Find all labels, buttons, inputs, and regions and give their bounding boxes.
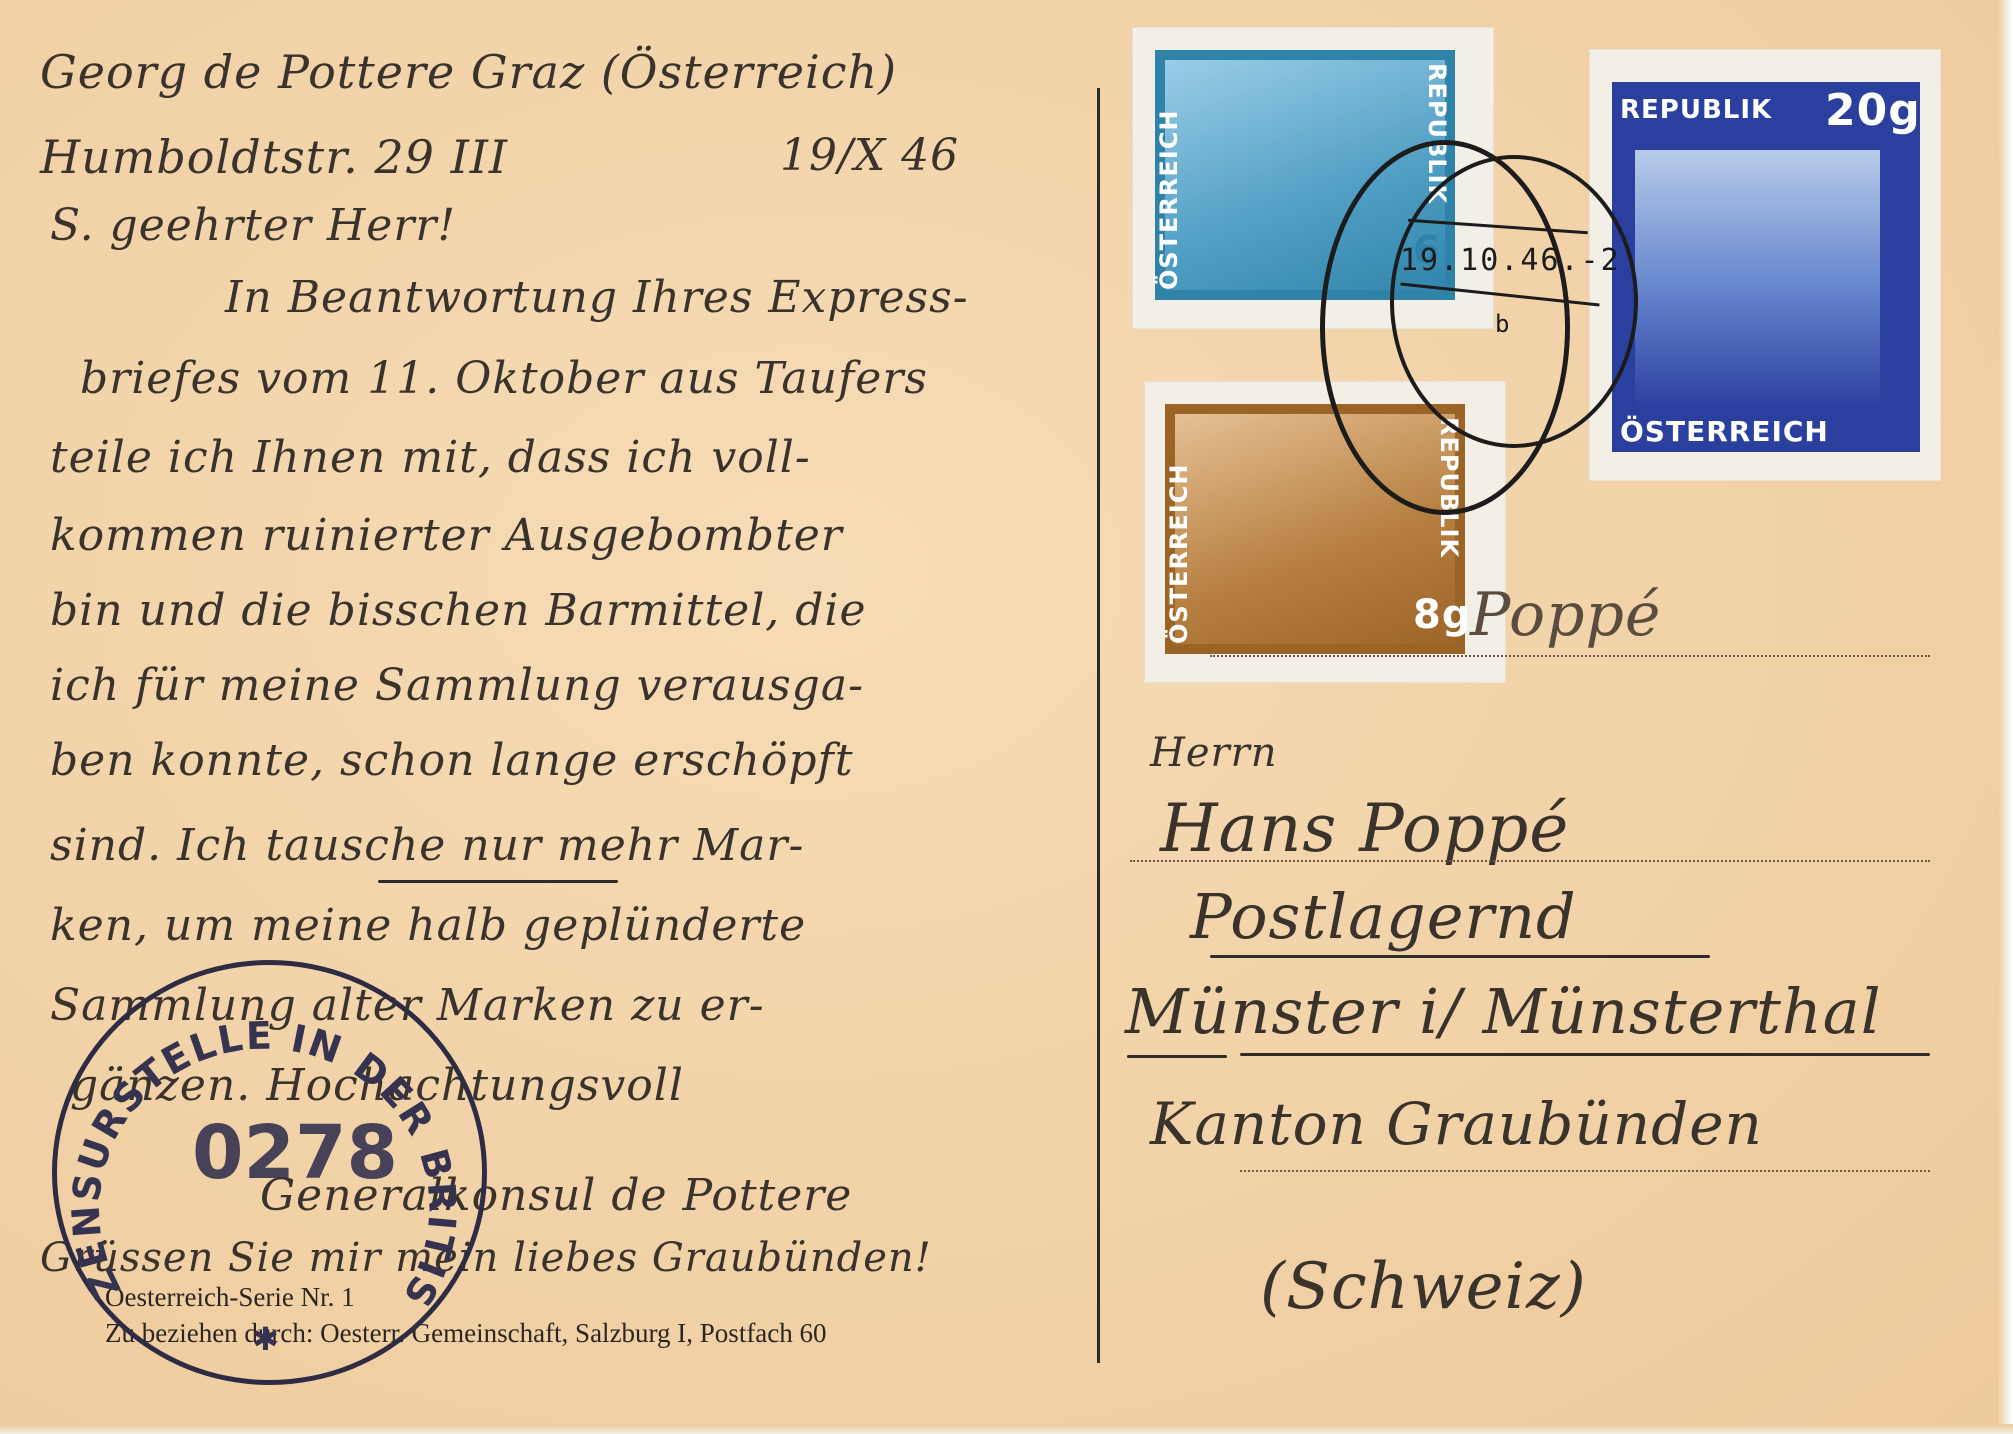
recipient-overwritten: Poppé (1470, 580, 1661, 650)
recipient-salutation: Herrn (1150, 730, 1278, 776)
address-dotted-line (1210, 655, 1930, 657)
underline (1127, 1055, 1227, 1058)
stamp-label: REPUBLIK (1620, 95, 1772, 125)
letter-line: In Beantwortung Ihres Express- (225, 272, 969, 323)
letter-line: teile ich Ihnen mit, dass ich voll- (50, 432, 811, 483)
letter-line: ken, um meine halb geplünderte (50, 900, 806, 951)
postmark-inner-ring (1390, 155, 1638, 448)
underline (1240, 1053, 1930, 1056)
letter-line: sind. Ich tausche nur mehr Mar- (50, 820, 804, 871)
postcard: Georg de Pottere Graz (Österreich) Humbo… (0, 0, 2013, 1434)
postmark-date: 19.10.46.-2 (1400, 243, 1621, 278)
letter-line: bin und die bisschen Barmittel, die (50, 585, 867, 636)
card-bottom-edge (0, 1424, 2013, 1434)
letter-salutation: S. geehrter Herr! (50, 200, 456, 251)
stamp-value: 20g (1825, 85, 1921, 136)
letter-line: kommen ruinierter Ausgebombter (50, 510, 843, 561)
sender-address-line: Humboldtstr. 29 III (40, 130, 508, 184)
underline (1210, 955, 1710, 958)
letter-line: briefes vom 11. Oktober aus Taufers (80, 353, 928, 404)
star-icon: ✱ (252, 1320, 279, 1358)
card-edge (1999, 0, 2013, 1434)
censor-stamp: ZENSURSTELLE IN DER BRITISCHEN ZONE 0278… (52, 960, 487, 1385)
divider-line (1097, 88, 1100, 1363)
recipient-name: Hans Poppé (1160, 790, 1569, 867)
sender-name-line: Georg de Pottere Graz (Österreich) (40, 45, 897, 99)
recipient-country: (Schweiz) (1260, 1250, 1587, 1324)
censor-number: 0278 (192, 1110, 398, 1196)
address-dotted-line (1130, 860, 1930, 862)
recipient-place: Münster i/ Münsterthal (1125, 975, 1882, 1048)
stamp-value: 8g (1413, 592, 1471, 638)
letter-date: 19/X 46 (780, 130, 959, 181)
address-dotted-line (1240, 1170, 1930, 1172)
recipient-canton: Kanton Graubünden (1150, 1090, 1763, 1158)
recipient-note: Postlagernd (1190, 880, 1577, 953)
stamp-country: ÖSTERREICH (1165, 414, 1193, 644)
stamp-blue-20g: REPUBLIK 20g ÖSTERREICH (1590, 50, 1940, 480)
postmark-letter: b (1495, 310, 1511, 338)
letter-line: ben konnte, schon lange erschöpft (50, 735, 854, 786)
stamp-country: ÖSTERREICH (1620, 415, 1829, 448)
underline (378, 880, 618, 883)
letter-line: ich für meine Sammlung verausga- (50, 660, 864, 711)
stamp-country: ÖSTERREICH (1155, 60, 1183, 290)
